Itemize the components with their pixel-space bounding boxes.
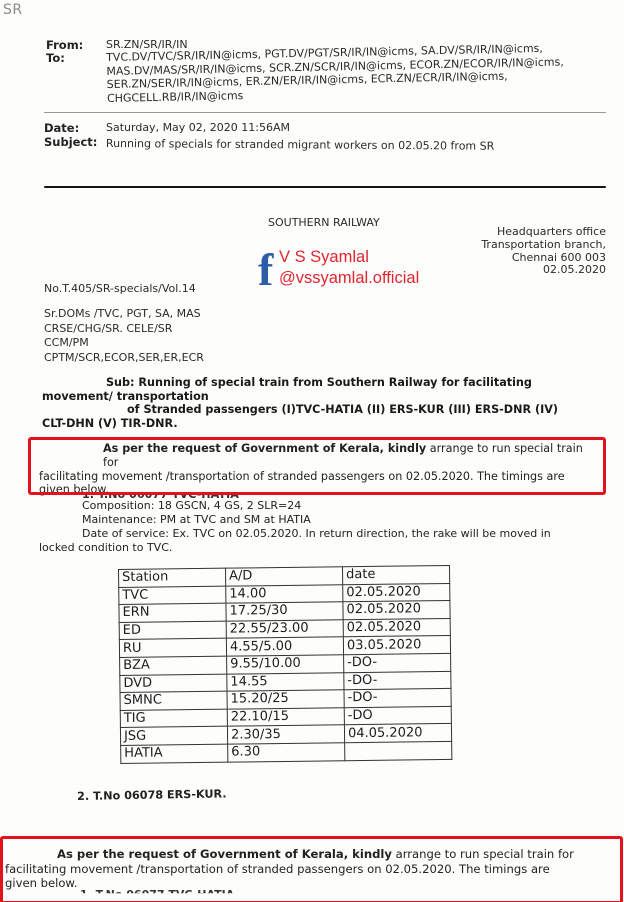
reference-number: No.T.405/SR-specials/Vol.14: [44, 282, 196, 295]
date-label: Date:: [44, 121, 79, 135]
date-cell: 02.05.2020: [343, 601, 450, 620]
subject-line: of Stranded passengers (I)TVC-HATIA (II)…: [42, 403, 602, 417]
arr-dep-cell: 14.00: [226, 584, 343, 603]
arr-dep-cell: 17.25/30: [226, 602, 343, 621]
to-label: To:: [46, 51, 65, 65]
date-cell: 04.05.2020: [344, 724, 451, 743]
date-cell: 02.05.2020: [343, 618, 450, 637]
date-value: Saturday, May 02, 2020 11:56AM: [106, 121, 290, 135]
arr-dep-cell: 22.10/15: [227, 707, 344, 726]
composition: Composition: 18 GSCN, 4 GS, 2 SLR=24: [82, 499, 551, 513]
arr-dep-cell: 2.30/35: [227, 725, 344, 744]
addressee: CCM/PM: [44, 336, 204, 351]
station-cell: ED: [119, 621, 226, 640]
arr-dep-cell: 15.20/25: [227, 690, 344, 709]
date-cell: -DO-: [344, 653, 451, 672]
letter-divider: [44, 186, 606, 188]
date-of-service-cont: locked condition to TVC.: [39, 541, 172, 554]
column-header: Station: [119, 568, 226, 587]
subject-line: CLT-DHN (V) TIR-DNR.: [42, 417, 602, 431]
date-cell: 03.05.2020: [343, 636, 450, 655]
column-header: date: [342, 565, 449, 584]
subject-value: Running of specials for stranded migrant…: [106, 137, 494, 153]
date-cell: -DO: [344, 706, 451, 725]
addressee: CRSE/CHG/SR. CELE/SR: [44, 322, 204, 337]
highlight-box: [0, 836, 623, 902]
arr-dep-cell: 6.30: [228, 743, 345, 762]
hq-date: 02.05.2020: [481, 264, 606, 277]
date-of-service: Date of service: Ex. TVC on 02.05.2020. …: [82, 527, 551, 541]
addressee: Sr.DOMs /TVC, PGT, SA, MAS: [44, 307, 204, 322]
watermark-name: V S Syamlal: [279, 248, 369, 267]
header-divider: [44, 112, 606, 113]
station-cell: SMNC: [120, 691, 227, 710]
maintenance: Maintenance: PM at TVC and SM at HATIA: [82, 513, 551, 527]
date-cell: [345, 741, 452, 760]
date-cell: -DO-: [344, 689, 451, 708]
from-label: From:: [46, 38, 83, 52]
hq-line: Headquarters office: [481, 226, 606, 239]
arr-dep-cell: 9.55/10.00: [227, 655, 344, 674]
station-cell: BZA: [120, 656, 227, 675]
addressees: Sr.DOMs /TVC, PGT, SA, MAS CRSE/CHG/SR. …: [44, 307, 204, 365]
arr-dep-cell: 4.55/5.00: [226, 637, 343, 656]
subject-line: movement/ transportation: [42, 390, 602, 404]
station-cell: ERN: [119, 603, 226, 622]
date-cell: 02.05.2020: [343, 583, 450, 602]
organization-name: SOUTHERN RAILWAY: [268, 216, 380, 229]
timetable: StationA/DdateTVC14.0002.05.2020ERN17.25…: [118, 565, 452, 764]
to-recipients: TVC.DV/TVC/SR/IR/IN@icms, PGT.DV/PGT/SR/…: [106, 41, 607, 105]
watermark-handle: @vssyamlal.official: [279, 269, 419, 288]
timetable-row: HATIA6.30: [121, 741, 452, 763]
station-cell: TIG: [120, 709, 227, 728]
arr-dep-cell: 14.55: [227, 672, 344, 691]
station-cell: JSG: [120, 727, 227, 746]
corner-label: SR: [3, 2, 23, 18]
date-cell: -DO-: [344, 671, 451, 690]
station-cell: HATIA: [121, 744, 228, 763]
station-cell: RU: [119, 639, 226, 658]
train2-title: 2. T.No 06078 ERS-KUR.: [77, 787, 227, 803]
station-cell: DVD: [120, 674, 227, 693]
station-cell: TVC: [119, 586, 226, 605]
addressee: CPTM/SCR,ECOR,SER,ER,ECR: [44, 351, 204, 366]
facebook-icon: f: [258, 247, 273, 293]
subject-label: Subject:: [44, 135, 97, 149]
subject-line: Sub: Running of special train from South…: [42, 376, 602, 390]
hq-line: Transportation branch,: [481, 239, 606, 252]
hq-address: Headquarters office Transportation branc…: [481, 226, 606, 277]
column-header: A/D: [225, 567, 342, 586]
train1-details: Composition: 18 GSCN, 4 GS, 2 SLR=24 Mai…: [82, 499, 551, 540]
letter-subject: Sub: Running of special train from South…: [42, 376, 602, 430]
highlight-box: [28, 437, 606, 495]
arr-dep-cell: 22.55/23.00: [226, 620, 343, 639]
